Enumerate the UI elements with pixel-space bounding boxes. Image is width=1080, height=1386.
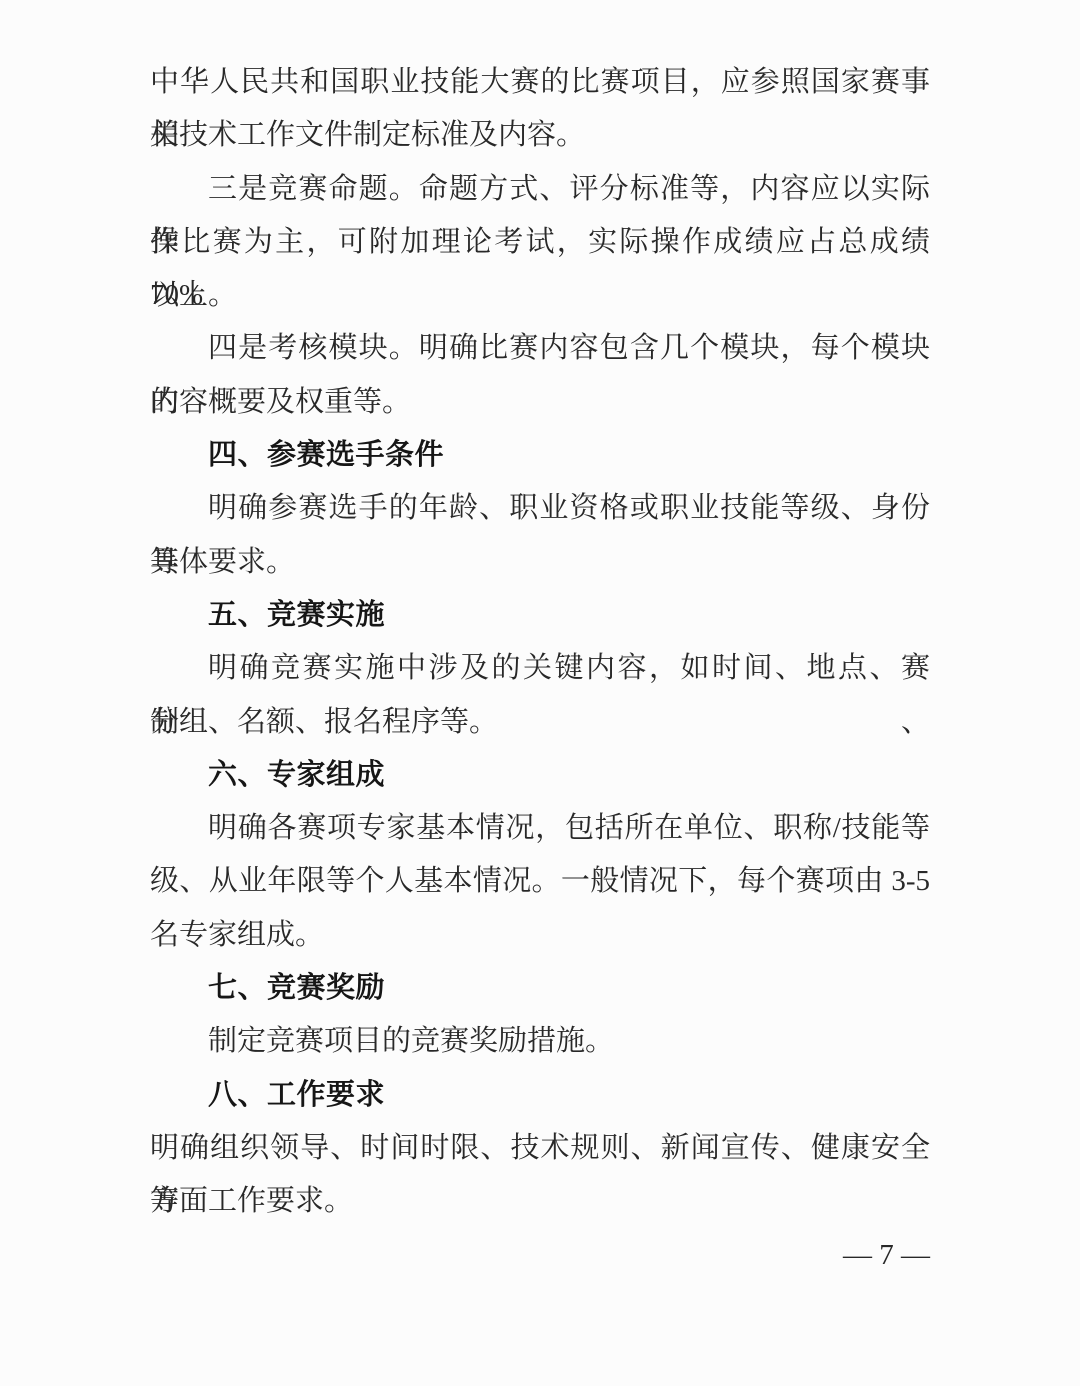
text-line: 关技术工作文件制定标准及内容。 [150,109,930,162]
section-heading: 五、竞赛实施 [150,589,930,642]
text-line: 级、从业年限等个人基本情况。一般情况下，每个赛项由 3-5 [150,855,930,908]
text-line: 四是考核模块。明确比赛内容包含几个模块，每个模块的 [150,322,930,375]
text-line: 以上。 [150,269,930,322]
text-line: 制定竞赛项目的竞赛奖励措施。 [150,1015,930,1068]
text-line: 方面工作要求。 [150,1175,930,1228]
section-heading: 八、工作要求 [150,1069,930,1122]
text-line: 中华人民共和国职业技能大赛的比赛项目，应参照国家赛事相 [150,56,930,109]
text-line: 作比赛为主，可附加理论考试，实际操作成绩应占总成绩 70% [150,216,930,269]
document-page: 中华人民共和国职业技能大赛的比赛项目，应参照国家赛事相关技术工作文件制定标准及内… [0,0,1080,1386]
section-heading: 六、专家组成 [150,749,930,802]
text-line: 三是竞赛命题。命题方式、评分标准等，内容应以实际操 [150,163,930,216]
page-number: — 7 — [150,1229,930,1282]
text-line: 名专家组成。 [150,909,930,962]
text-line: 具体要求。 [150,536,930,589]
text-line: 明确参赛选手的年龄、职业资格或职业技能等级、身份等 [150,482,930,535]
text-line: 内容概要及权重等。 [150,376,930,429]
document-body: 中华人民共和国职业技能大赛的比赛项目，应参照国家赛事相关技术工作文件制定标准及内… [150,56,930,1282]
text-line: 明确竞赛实施中涉及的关键内容，如时间、地点、赛制、 [150,642,930,695]
text-line: 明确组织领导、时间时限、技术规则、新闻宣传、健康安全等 [150,1122,930,1175]
section-heading: 七、竞赛奖励 [150,962,930,1015]
text-line: 明确各赛项专家基本情况，包括所在单位、职称/技能等 [150,802,930,855]
section-heading: 四、参赛选手条件 [150,429,930,482]
